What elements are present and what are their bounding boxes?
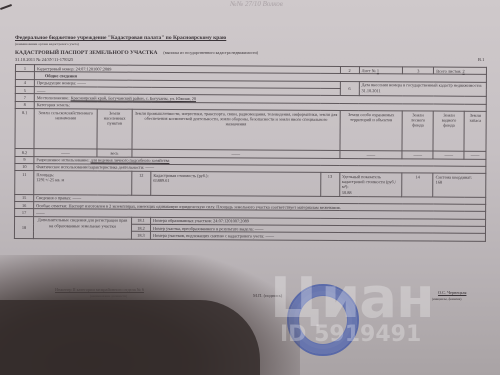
document-title: КАДАСТРОВЫЙ ПАСПОРТ ЗЕМЕЛЬНОГО УЧАСТКА(в…	[15, 50, 258, 56]
signer-caption: (инициалы, фамилия)	[432, 297, 461, 301]
table-row: 8.1 Земли сельскохозяйственного назначен…	[15, 109, 486, 152]
title-note: (выписка из государственного кадастра не…	[163, 50, 258, 55]
handwritten-notes: №№ 27/10 Волков	[230, 0, 283, 8]
document-photo: №№ 27/10 Волков Федеральное бюджетное уч…	[0, 0, 500, 375]
document-number: 31.10.2011 № 24/ЗУ/11-178325	[15, 57, 73, 62]
permitted-use: для ведения личного подсобного хозяйства	[91, 157, 170, 162]
organization-name: Федеральное бюджетное учреждение "Кадаст…	[15, 35, 226, 41]
page-corner-shadow	[0, 4, 12, 10]
signer-name: О.С. Чернецкая	[438, 290, 466, 295]
shadow-dark	[0, 300, 260, 375]
watermark-id: ID 5919491	[280, 322, 421, 347]
address: Красноярский край, Богучанский район, с.…	[71, 95, 196, 101]
cadastral-number: 24:07:1201007:2089	[76, 66, 112, 71]
table-row: 11 Площадь:1291+/-25 кв. м 12 Кадастрова…	[15, 171, 486, 197]
organization-caption: (наименование органа кадастрового учета)	[15, 42, 79, 46]
registration-date: 31.10.2011	[361, 88, 380, 93]
cadastral-value: 65889.61	[153, 178, 169, 183]
area-value: 1291+/-25 кв. м	[36, 177, 64, 182]
cadastral-table: 1 Кадастровый номер: 24:07:1201007:2089 …	[14, 64, 487, 242]
form-id: В.1	[478, 57, 484, 62]
